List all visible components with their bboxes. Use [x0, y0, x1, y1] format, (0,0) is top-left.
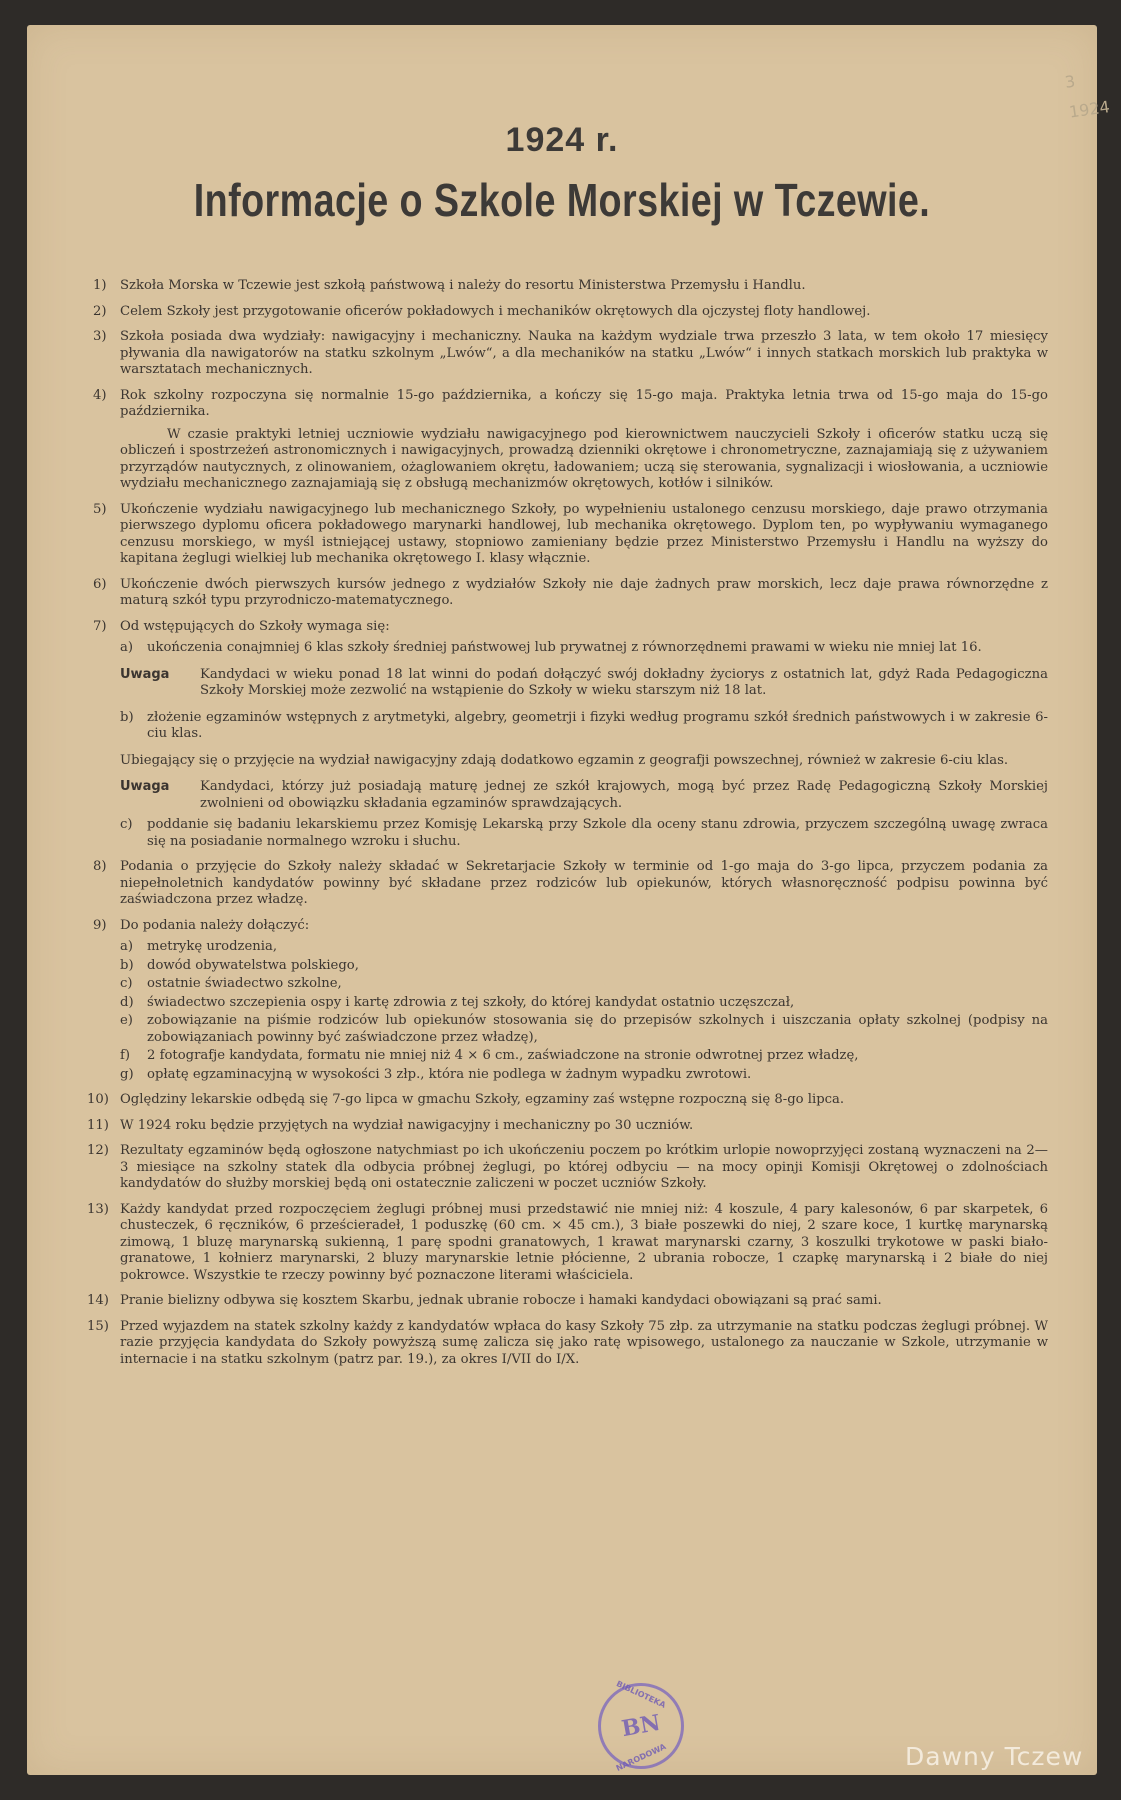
note: UwagaKandydaci w wieku ponad 18 lat winn…	[120, 667, 1048, 700]
sub-item: c)poddanie się badaniu lekarskiemu przez…	[120, 817, 1048, 850]
sub-item: b)dowód obywatelstwa polskiego,	[120, 958, 1048, 975]
list-item: 8)Podania o przyjęcie do Szkoły należy s…	[93, 859, 1048, 909]
list-item: 14)Pranie bielizny odbywa się kosztem Sk…	[93, 1293, 1048, 1310]
list-item: 7)Od wstępujących do Szkoły wymaga się: …	[93, 619, 1048, 851]
library-stamp: BIBLIOTEKA BN NARODOWA	[598, 1683, 684, 1769]
sub-item: e)zobowiązanie na piśmie rodziców lub op…	[120, 1013, 1048, 1046]
list-item: 9)Do podania należy dołączyć: a)metrykę …	[93, 918, 1048, 1084]
document-page: 3 1924 1924 r. Informacje o Szkole Morsk…	[27, 25, 1097, 1775]
list-item: 15)Przed wyjazdem na statek szkolny każd…	[93, 1319, 1048, 1369]
list-item: 6)Ukończenie dwóch pierwszych kursów jed…	[93, 577, 1048, 610]
sub-item: g)opłatę egzaminacyjną w wysokości 3 złp…	[120, 1067, 1048, 1084]
sub-item: d)świadectwo szczepienia ospy i kartę zd…	[120, 995, 1048, 1012]
document-title: Informacje o Szkole Morskiej w Tczewie.	[123, 173, 1000, 227]
list-item: 3)Szkoła posiada dwa wydziały: nawigacyj…	[93, 329, 1048, 379]
sub-item: a)metrykę urodzenia,	[120, 939, 1048, 956]
sub-item: c)ostatnie świadectwo szkolne,	[120, 976, 1048, 993]
list-item: 1)Szkoła Morska w Tczewie jest szkołą pa…	[93, 278, 1048, 295]
list-item: 10)Oględziny lekarskie odbędą się 7-go l…	[93, 1092, 1048, 1109]
sub-item: f)2 fotografje kandydata, formatu nie mn…	[120, 1048, 1048, 1065]
list-item: 12)Rezultaty egzaminów będą ogłoszone na…	[93, 1143, 1048, 1193]
sub-item: a)ukończenia conajmniej 6 klas szkoły śr…	[120, 640, 1048, 657]
watermark: Dawny Tczew	[905, 1742, 1083, 1771]
list-item: 2)Celem Szkoły jest przygotowanie oficer…	[93, 304, 1048, 321]
pencil-annotation: 3 1924	[1063, 62, 1112, 127]
list-item: 5)Ukończenie wydziału nawigacyjnego lub …	[93, 502, 1048, 568]
list-item: 13)Każdy kandydat przed rozpoczęciem żeg…	[93, 1202, 1048, 1285]
paragraph: Ubiegający się o przyjęcie na wydział na…	[120, 753, 1048, 770]
list-item: 11)W 1924 roku będzie przyjętych na wydz…	[93, 1118, 1048, 1135]
paragraph: W czasie praktyki letniej uczniowie wydz…	[120, 427, 1048, 493]
note: UwagaKandydaci, którzy już posiadają mat…	[120, 779, 1048, 812]
list-item: 4)Rok szkolny rozpoczyna się normalnie 1…	[93, 388, 1048, 493]
document-year: 1924 r.	[27, 121, 1097, 160]
sub-item: b)złożenie egzaminów wstępnych z arytmet…	[120, 710, 1048, 743]
document-body: 1)Szkoła Morska w Tczewie jest szkołą pa…	[93, 278, 1048, 1377]
